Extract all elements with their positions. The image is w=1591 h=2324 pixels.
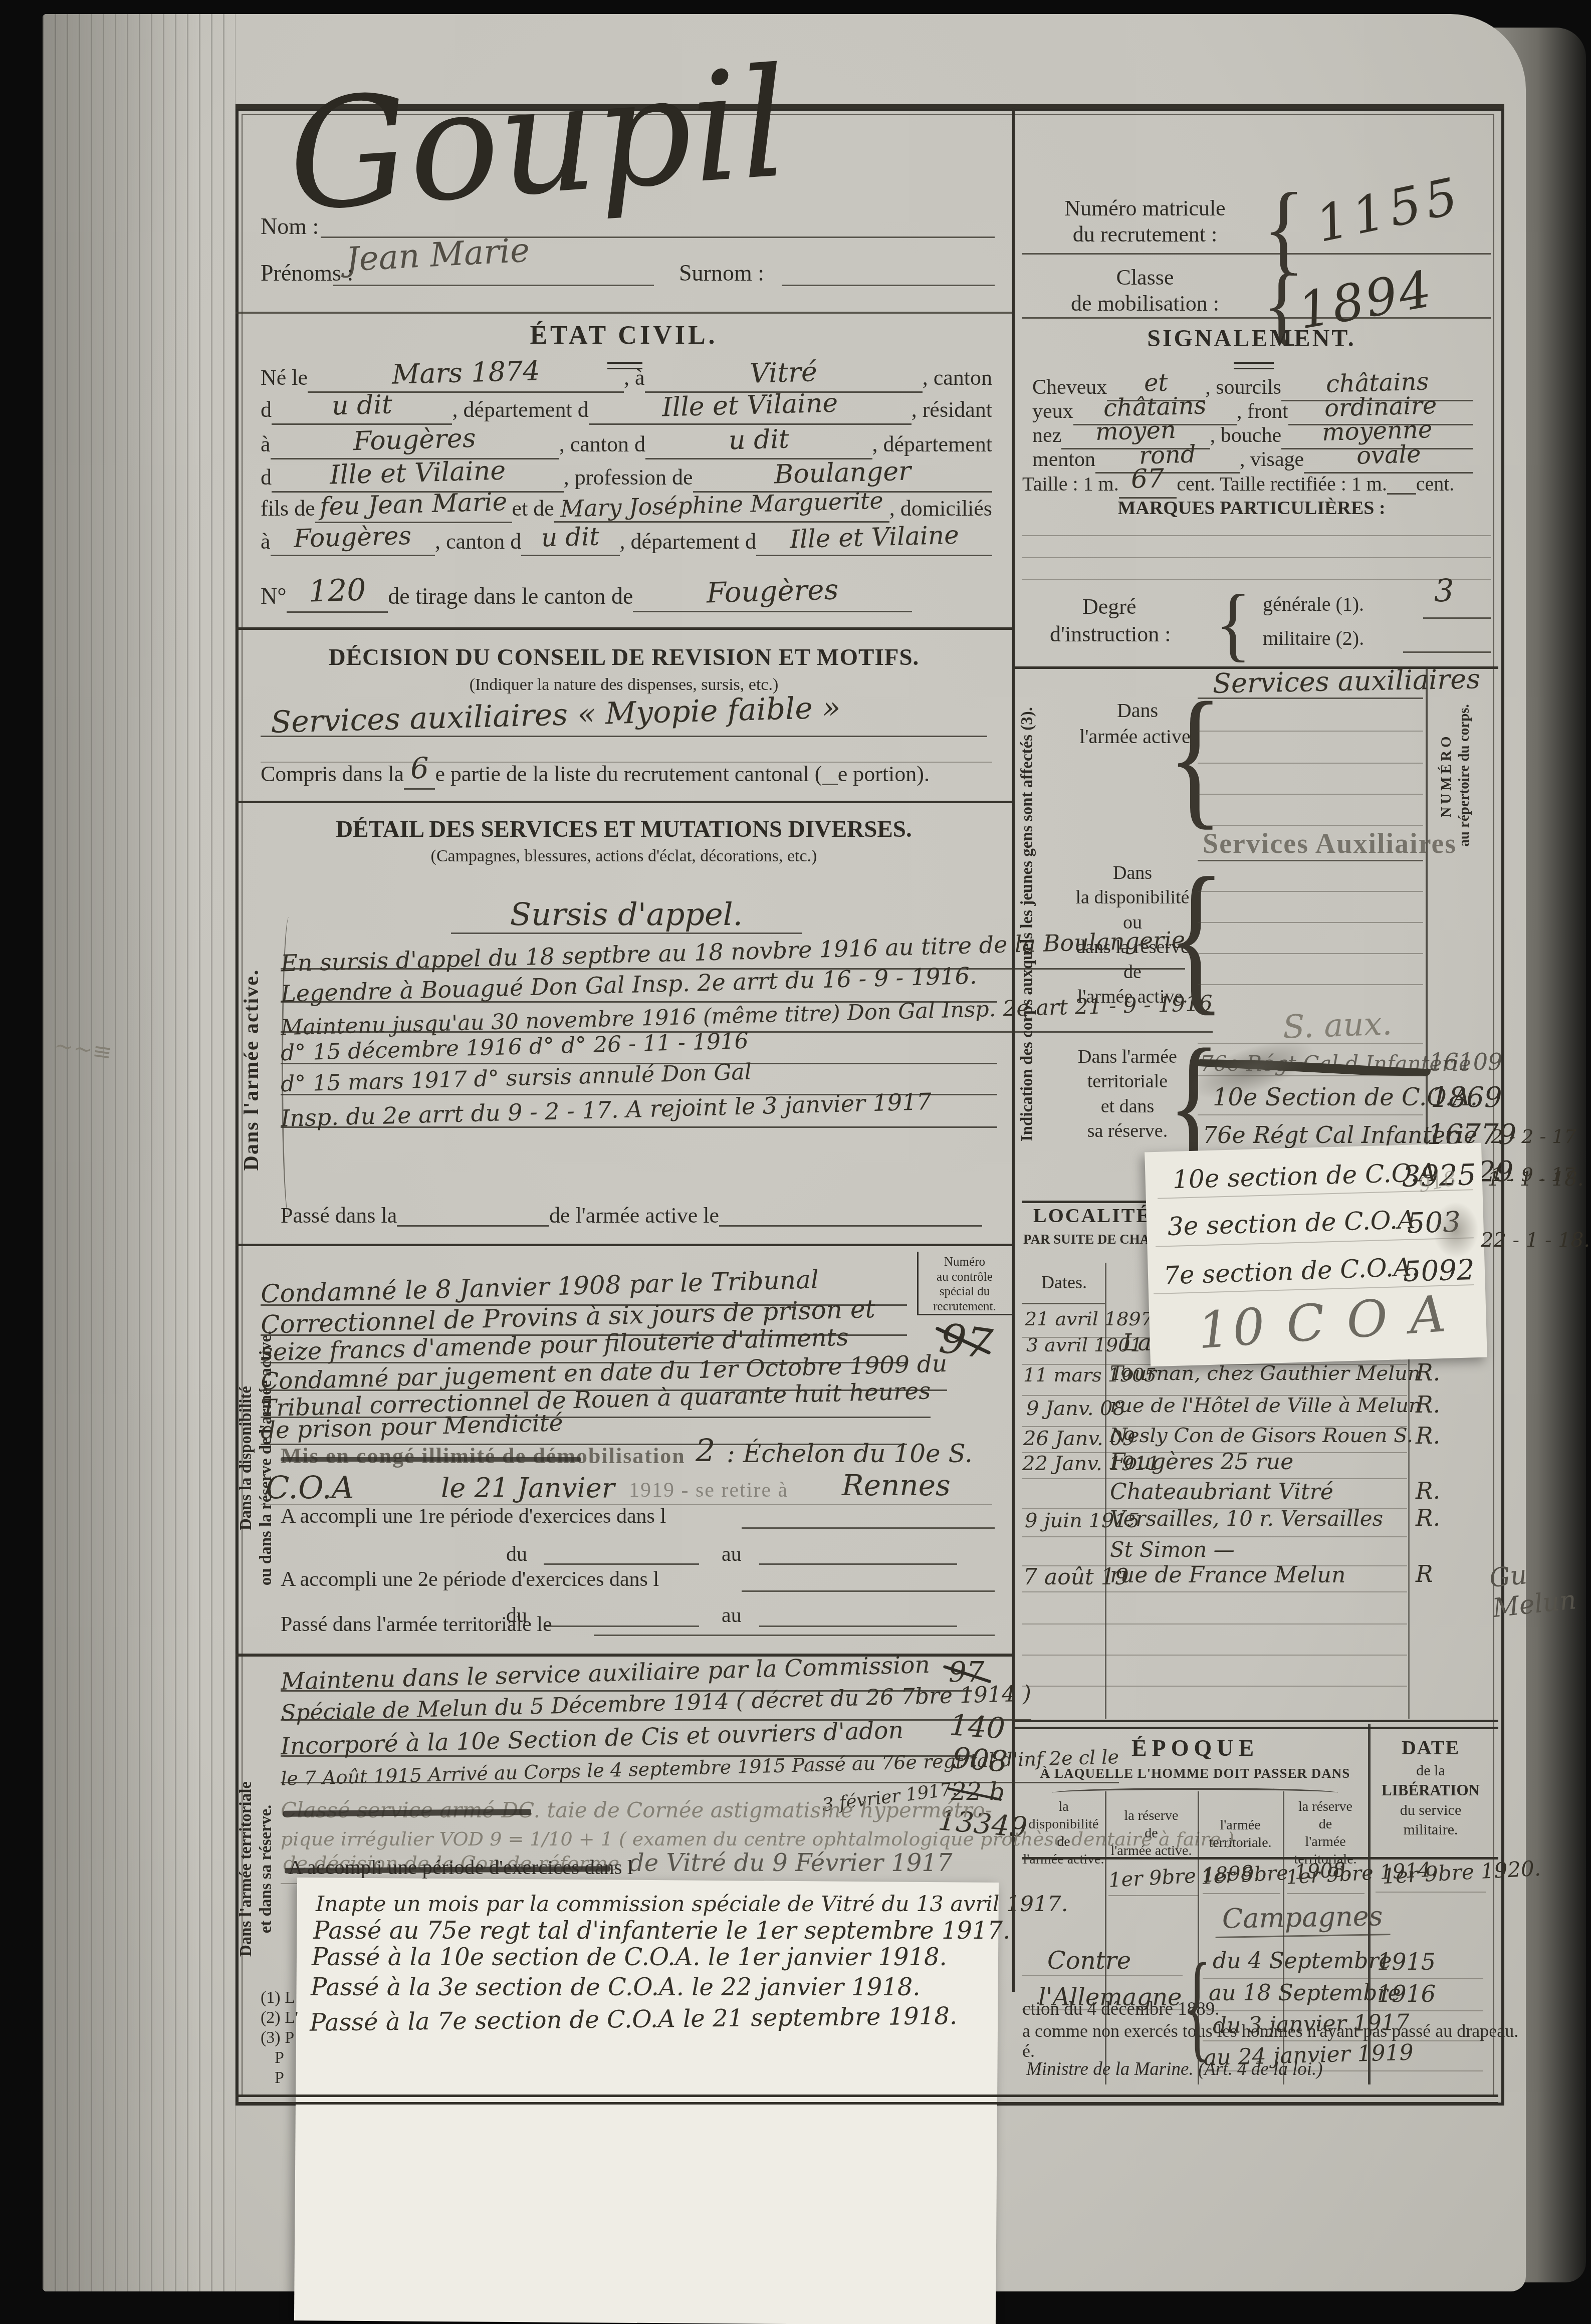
localite-r: R. <box>1416 1359 1440 1386</box>
label: , département <box>872 431 992 457</box>
rule <box>1376 1892 1486 1893</box>
degre-label-2: d'instruction : <box>1050 621 1171 647</box>
label: Taille : 1 m. <box>1022 472 1119 496</box>
etat-civil-line: fils de feu Jean Marie et de Mary Joséph… <box>261 493 992 523</box>
side-label-line: Dans la disponibilité <box>237 1268 257 1649</box>
field: Ille et Vilaine <box>272 461 564 493</box>
rule <box>1022 1623 1407 1624</box>
rule <box>1198 953 1423 954</box>
rule <box>236 627 1012 630</box>
dates-column-label: Dates. <box>1041 1272 1087 1293</box>
slip-line: Passé à la 3e section de C.O.A. le 22 ja… <box>311 1973 921 2001</box>
rule <box>333 285 654 286</box>
localite-place: rue de France Melun <box>1110 1562 1345 1588</box>
coa-word: C.O.A <box>266 1469 354 1506</box>
field: 67 <box>1119 467 1177 499</box>
footnote: P <box>275 2068 284 2087</box>
rule <box>1198 891 1423 892</box>
localite-date: 21 avril 1897 <box>1025 1308 1153 1330</box>
sursis-line: Legendre à Bouagué Don Gal Insp. 2e arrt… <box>281 974 997 1003</box>
localite-place: La <box>1122 1329 1152 1356</box>
title-dash <box>1234 362 1274 369</box>
label: Passé dans la <box>281 1203 397 1228</box>
pencil-line: pique irrégulier VOD 9 = 1/10 + 1 ( exam… <box>281 1828 982 1850</box>
label: , domiciliés <box>889 496 992 521</box>
date-header-line: de la <box>1368 1761 1493 1780</box>
g2-stamp-value: Services Auxiliaires <box>1203 828 1457 860</box>
field: Mary Joséphine Marguerite <box>554 494 889 523</box>
label: et de <box>512 496 554 521</box>
col-header-line: la <box>1022 1798 1105 1815</box>
du-label: du <box>506 1542 527 1566</box>
label: , canton d <box>435 529 521 554</box>
epoque-col-header: l'armée territoriale. <box>1198 1816 1283 1851</box>
label: , résidant <box>912 397 992 422</box>
field: feu Jean Marie <box>315 493 512 523</box>
rule <box>1203 2070 1483 2071</box>
sursis-line: Maintenu jusqu'au 30 novembre 1916 (même… <box>281 1006 997 1033</box>
coa-date: le 21 Janvier <box>441 1472 614 1504</box>
rule <box>594 1635 995 1636</box>
rule <box>1108 1895 1199 1896</box>
date-header-line: DATE <box>1368 1735 1493 1761</box>
field: u dit <box>645 428 872 459</box>
rule <box>1198 825 1423 826</box>
side-label-indication-corps: Indication des corps auxquels les jeunes… <box>1018 670 1037 1179</box>
rule <box>1198 984 1423 985</box>
localite-r: R. <box>1416 1422 1440 1449</box>
echelon-text: : Échelon du 10e S. <box>727 1439 973 1468</box>
etat-civil-line: à Fougères , canton d u dit , départemen… <box>261 526 992 556</box>
epoque-divider <box>1105 1791 1106 2084</box>
rule <box>1012 1720 1498 1729</box>
au-label: au <box>722 1603 742 1628</box>
rule <box>1022 557 1491 558</box>
rule <box>1198 794 1423 795</box>
sursis-heading: Sursis d'appel. <box>451 896 802 934</box>
field: Services auxiliaires « Myopie faible » <box>261 701 987 737</box>
generale-value: 3 <box>1434 572 1454 609</box>
rule <box>1198 731 1423 732</box>
localite-r: R. <box>1416 1477 1440 1504</box>
blank-field <box>822 775 838 785</box>
controle-label-line: Numéro <box>918 1255 1011 1270</box>
date-header-line: du service <box>1368 1800 1493 1820</box>
field: Vitré <box>645 360 923 393</box>
rule <box>1198 763 1423 764</box>
campagne-year: 1915 <box>1377 1948 1436 1975</box>
campagne-line: du 3 janvier 1917 <box>1213 2010 1410 2039</box>
col-header-line: disponibilité <box>1022 1815 1105 1833</box>
label: de l'armée active le <box>549 1203 719 1228</box>
controle-label-line: recrutement. <box>918 1299 1011 1314</box>
sursis-line: d° 15 décembre 1916 d° d° 26 - 11 - 1916 <box>281 1037 997 1064</box>
field: Spéciale de Melun du 5 Décembre 1914 ( d… <box>281 1694 1031 1721</box>
label: Né le <box>261 365 308 390</box>
localite-r: R <box>1416 1560 1433 1587</box>
rule <box>1022 535 1491 536</box>
rule <box>544 1625 699 1627</box>
rule <box>236 1244 1012 1246</box>
sursis-line: Insp. du 2e arrt du 9 - 2 - 17. A rejoin… <box>281 1099 997 1128</box>
rule <box>1022 1303 1105 1304</box>
field: d° 15 décembre 1916 d° d° 26 - 11 - 1916 <box>281 1037 997 1064</box>
field: Insp. du 2e arrt du 9 - 2 - 17. A rejoin… <box>281 1099 997 1128</box>
marques-label: MARQUES PARTICULIÈRES : <box>1012 497 1491 519</box>
etat-civil-line: d u dit , département d Ille et Vilaine … <box>261 393 992 425</box>
label: cent. Taille rectifiée : 1 m. <box>1177 472 1387 496</box>
smudge <box>1433 1203 1478 1258</box>
controle-label: Numéro au contrôle spécial du recrutemen… <box>918 1255 1011 1314</box>
degre-brace: { <box>1215 582 1251 665</box>
label: , à <box>624 365 645 390</box>
contre-word: Contre <box>1047 1947 1131 1975</box>
label: , profession de <box>564 464 693 490</box>
rule <box>1022 317 1491 319</box>
frame-bottom-rule <box>236 2095 1498 2105</box>
localite-place: St Simon — <box>1110 1537 1235 1562</box>
field: Fougères <box>271 428 559 459</box>
epoque-subtitle: À LAQUELLE L'HOMME DOIT PASSER DANS <box>1022 1766 1368 1781</box>
field: Fougères <box>271 526 435 556</box>
rule <box>1022 1686 1407 1687</box>
generale-label: générale (1). <box>1263 592 1364 616</box>
detail-title: DÉTAIL DES SERVICES ET MUTATIONS DIVERSE… <box>236 816 1012 843</box>
demobilisation-stamp: Mis en congé illimité de démobilisation <box>281 1443 686 1469</box>
localites-col-divider <box>1105 1263 1106 1719</box>
date-header-line: LIBÉRATION <box>1368 1780 1493 1800</box>
label: e portion). <box>838 761 930 787</box>
g3-row-num: 1869 <box>1431 1081 1502 1114</box>
retire-place: Rennes <box>842 1468 951 1502</box>
localite-r: R. <box>1416 1391 1440 1418</box>
rule <box>1203 1978 1483 1979</box>
field: En sursis d'appel du 18 septbre au 18 no… <box>281 941 1185 970</box>
classe-label-1: Classe <box>1037 265 1253 290</box>
rule <box>1022 1591 1407 1592</box>
margin-note-melun: Gu Melun <box>1488 1553 1591 1623</box>
footnote: (1) L <box>261 1988 295 2007</box>
slip-coa-date: 1 - 1 - 18. <box>1487 1168 1583 1191</box>
date-col-header: DATE de la LIBÉRATION du service militai… <box>1368 1735 1493 1839</box>
label: d <box>261 464 272 490</box>
classe-label-2: de mobilisation : <box>1037 291 1253 316</box>
col-header-line: de <box>1022 1833 1105 1850</box>
g1-brace: { <box>1168 679 1223 835</box>
col-header-line: l'armée <box>1283 1833 1368 1850</box>
allemagne-word: l'Allemagne <box>1038 1983 1182 2011</box>
passe-territoriale-label: Passé dans l'armée territoriale le <box>281 1612 552 1637</box>
field: 120 <box>287 576 388 613</box>
rule <box>1403 651 1491 653</box>
margin-number: 140 <box>949 1708 1006 1746</box>
slip-line: Passé à la 10e section de C.O.A. le 1er … <box>312 1943 947 1971</box>
side-label-line: Dans l'armée territoriale <box>237 1664 257 2074</box>
rule <box>1022 1655 1407 1656</box>
blank-field <box>397 1216 549 1227</box>
rule <box>1423 617 1491 619</box>
rule <box>1022 2009 1183 2010</box>
label: e partie de la liste du recrutement cant… <box>435 761 822 787</box>
localite-place: Versailles, 10 r. Versailles <box>1110 1506 1383 1531</box>
field: u dit <box>272 393 452 425</box>
periode2-label: A accompli une 2e période d'exercices da… <box>281 1567 659 1591</box>
rule <box>1022 1975 1183 1976</box>
rule <box>759 1625 957 1627</box>
rule <box>1198 1114 1423 1115</box>
territorial-line: le 7 Août 1915 Arrivé au Corps le 4 sept… <box>281 1760 972 1783</box>
page-stack-edges <box>43 14 236 2291</box>
col-header-line: territoriale. <box>1198 1834 1283 1851</box>
blank-field <box>719 1216 982 1227</box>
localite-place: Chateaubriant Vitré <box>1110 1479 1333 1505</box>
rule <box>1198 698 1423 699</box>
label: d <box>261 397 272 422</box>
controle-label-line: au contrôle <box>918 1270 1011 1285</box>
signalement-title: SIGNALEMENT. <box>1012 325 1491 352</box>
field: Tribunal correctionnel de Rouen à quaran… <box>261 1389 931 1418</box>
rule <box>759 1563 957 1565</box>
epoque-title: ÉPOQUE <box>1022 1735 1368 1761</box>
rule <box>742 1527 995 1529</box>
label: N° <box>261 583 287 609</box>
tirage-line: N° 120 de tirage dans le canton de Fougè… <box>261 576 912 613</box>
localite-place: rue de l'Hôtel de Ville à Melun <box>1110 1394 1422 1417</box>
rule <box>544 1563 699 1565</box>
label: , département d <box>620 529 756 554</box>
rule <box>1198 1075 1423 1076</box>
scanned-military-register-page: ∼∼≡ Goupil Nom : Prénoms : Jean Marie Su… <box>0 0 1591 2324</box>
localite-place: Nesly Con de Gisors Rouen S. <box>1110 1424 1413 1447</box>
etat-civil-line: Né le Mars 1874 , à Vitré , canton <box>261 360 992 393</box>
field: Legendre à Bouagué Don Gal Insp. 2e arrt… <box>281 974 997 1003</box>
footnote: (3) P <box>261 2028 294 2047</box>
decision-value-line: Services auxiliaires « Myopie faible » <box>261 701 987 737</box>
col-header-line: la réserve <box>1283 1798 1368 1815</box>
field: 6 <box>404 754 435 790</box>
rule <box>236 801 1012 803</box>
taille-row: Taille : 1 m. 67 cent. Taille rectifiée … <box>1022 467 1483 499</box>
g3-row-num: 16109 <box>1429 1048 1502 1075</box>
rule <box>1198 860 1423 861</box>
epoque-col-header: la réserve de l'armée active. <box>1105 1807 1198 1860</box>
rule <box>782 285 995 286</box>
au-label: au <box>722 1542 742 1566</box>
campagne-year: 1916 <box>1377 1980 1436 2007</box>
slip-line: Passé au 75e regt tal d'infanterie le 1e… <box>313 1917 1010 1945</box>
field: Ille et Vilaine <box>756 526 992 556</box>
footnote: P <box>275 2048 284 2067</box>
slip-coa-date: 22 - 1 - 18. <box>1481 1229 1590 1252</box>
campagne-line: du 4 Septembre <box>1213 1948 1392 1974</box>
g1-value: Services auxiliaires <box>1212 663 1480 699</box>
decision-subtitle: (Indiquer la nature des dispenses, sursi… <box>236 675 1012 694</box>
decision-title: DÉCISION DU CONSEIL DE REVISION ET MOTIF… <box>236 644 1012 671</box>
rule <box>1022 1201 1153 1203</box>
epoque-swash <box>1052 1788 1338 1798</box>
side-label-armee-active: Dans l'armée active. <box>240 909 264 1230</box>
date-header-line: militaire. <box>1368 1820 1493 1839</box>
etat-civil-title: ÉTAT CIVIL. <box>236 321 1012 350</box>
field: Ille et Vilaine <box>589 393 912 425</box>
militaire-label: militaire (2). <box>1263 626 1364 650</box>
field: Mars 1874 <box>308 360 624 393</box>
field: Fougères <box>633 578 912 612</box>
col-header-line: de <box>1105 1824 1198 1842</box>
label: Compris dans la <box>261 761 404 787</box>
territorial-line: Spéciale de Melun du 5 Décembre 1914 ( d… <box>281 1694 972 1721</box>
rule <box>236 312 1012 314</box>
label: à <box>261 529 271 554</box>
rule <box>1022 253 1491 255</box>
passe-active-line: Passé dans la de l'armée active le <box>281 1203 982 1228</box>
echelon-value: 2 <box>696 1432 715 1469</box>
compris-line: Compris dans la 6 e partie de la liste d… <box>261 754 972 790</box>
strike-mark <box>281 1457 581 1462</box>
label: fils de <box>261 496 315 521</box>
nom-label: Nom : <box>261 213 319 240</box>
label: , département d <box>452 397 588 422</box>
margin-number: 908 <box>951 1741 1009 1779</box>
nom-value: Goupil <box>284 48 793 233</box>
col-header-line: l'armée <box>1198 1816 1283 1834</box>
label: cent. <box>1416 472 1455 496</box>
surnom-label: Surnom : <box>679 260 764 286</box>
periode1-label: A accompli une 1re période d'exercices d… <box>281 1504 666 1528</box>
degre-label-1: Degré <box>1082 594 1137 619</box>
controle-label-line: spécial du <box>918 1284 1011 1299</box>
label: à <box>261 431 271 457</box>
detail-subtitle: (Campagnes, blessures, actions d'éclat, … <box>236 847 1012 866</box>
matricule-label-1: Numéro matricule <box>1037 195 1253 221</box>
localite-place: Fougères 25 rue <box>1110 1449 1293 1475</box>
numero-label-line: au répertoire du corps. <box>1455 669 1473 882</box>
prenoms-label: Prénoms : <box>261 260 353 286</box>
slip-coa-num: 5092 <box>1403 1254 1475 1288</box>
rule <box>1203 1893 1280 1894</box>
slip-line: Inapte un mois par la commission spécial… <box>316 1892 1068 1917</box>
retire-stamp: 1919 - se retire à <box>629 1478 788 1502</box>
label: de tirage dans le canton de <box>388 583 633 609</box>
blank-field <box>1387 484 1416 495</box>
condamne-line: Tribunal correctionnel de Rouen à quaran… <box>261 1389 907 1418</box>
etat-civil-line: à Fougères , canton d u dit , départemen… <box>261 428 992 459</box>
rule <box>1022 579 1491 580</box>
col-header-line: de <box>1283 1815 1368 1833</box>
rule <box>1198 922 1423 923</box>
label: , canton <box>923 365 992 390</box>
rule <box>1287 1893 1365 1894</box>
localite-r: R. <box>1416 1504 1440 1531</box>
campagne-line: au 18 Septembre <box>1209 1980 1401 2006</box>
g3-row-date: 2 - 2 - 17 <box>1491 1125 1576 1147</box>
struck-line-handwriting: de Vitré du 9 Février 1917 <box>629 1849 952 1877</box>
field: u dit <box>521 526 619 556</box>
g2-brace: { <box>1168 852 1225 1020</box>
footnote: (2) L' <box>261 2008 298 2027</box>
label: , canton d <box>559 431 645 457</box>
localites-title: LOCALITÉS <box>1033 1204 1164 1227</box>
campagnes-heading: Campagnes <box>1215 1900 1390 1938</box>
matricule-label-2: du recrutement : <box>1037 221 1253 247</box>
col-header-line: la réserve <box>1105 1807 1198 1824</box>
rule <box>742 1590 995 1592</box>
